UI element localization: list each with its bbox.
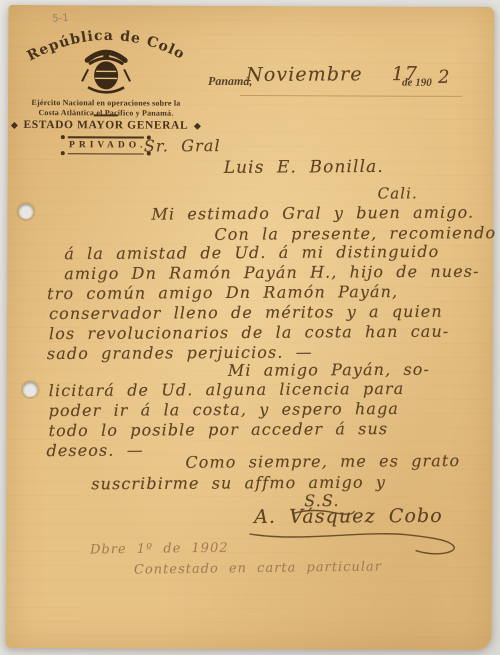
body-line: conservador lleno de méritos y a quien	[49, 302, 443, 323]
annotation-note: Contestado en carta particular	[134, 559, 382, 577]
privado-block: PRIVADO.	[58, 136, 154, 154]
dateline-handwritten-year-suffix: 2	[438, 67, 451, 88]
letter-page: 5-1 República de Colombia. Ejército Naci…	[6, 5, 495, 650]
colombia-coat-of-arms-icon	[80, 47, 132, 97]
dateline-printed-year-prefix: de 190	[402, 77, 432, 89]
signature: A. Vásquez Cobo	[254, 505, 443, 528]
closing-line1: Como siempre, me es grato	[185, 451, 460, 472]
body-line: á la amistad de Ud. á mi distinguido	[64, 242, 439, 263]
recipient-city: Cali.	[378, 184, 418, 202]
body-line: Con la presente, recomiendo	[214, 223, 496, 244]
body-line: los revolucionarios de la costa han cau-	[49, 322, 449, 343]
recipient-name: Luis E. Bonilla.	[224, 157, 384, 178]
body-line: todo lo posible por acceder á sus	[48, 419, 388, 440]
dateline-handwritten-date: Noviembre 17	[246, 63, 418, 86]
body-line: Mi amigo Payán, so-	[228, 360, 430, 380]
body-line: poder ir á la costa, y espero haga	[49, 399, 400, 420]
letterhead-divider	[94, 114, 118, 116]
office-title-row: ESTADO MAYOR GENERAL	[8, 119, 204, 132]
privado-rule-bottom	[68, 153, 144, 155]
recipient-title: Sr. Gral	[144, 136, 221, 155]
ornament-left-icon	[10, 121, 17, 128]
army-unit-line2: Costa Atlántica el Pacífico y Panamá.	[12, 108, 200, 119]
office-title: ESTADO MAYOR GENERAL	[23, 119, 188, 132]
punch-hole-bottom	[23, 382, 38, 397]
signature-flourish	[246, 526, 461, 561]
body-line: deseos. —	[46, 441, 143, 461]
body-line: tro común amigo Dn Ramón Payán,	[47, 282, 398, 303]
privado-rule-top	[68, 136, 144, 138]
annotation-date: Dbre 1º de 1902	[90, 541, 229, 558]
body-line: licitará de Ud. alguna licencia para	[49, 379, 405, 400]
punch-hole-top	[18, 204, 33, 219]
body-line: amigo Dn Ramón Payán H., hijo de nues-	[64, 262, 479, 284]
closing-line2: suscribirme su affmo amigo y	[91, 473, 386, 494]
ornament-right-icon	[194, 122, 201, 129]
dateline-rule	[240, 94, 462, 97]
privado-label: PRIVADO.	[58, 138, 154, 153]
salutation-line: Mi estimado Gral y buen amigo.	[151, 203, 474, 224]
